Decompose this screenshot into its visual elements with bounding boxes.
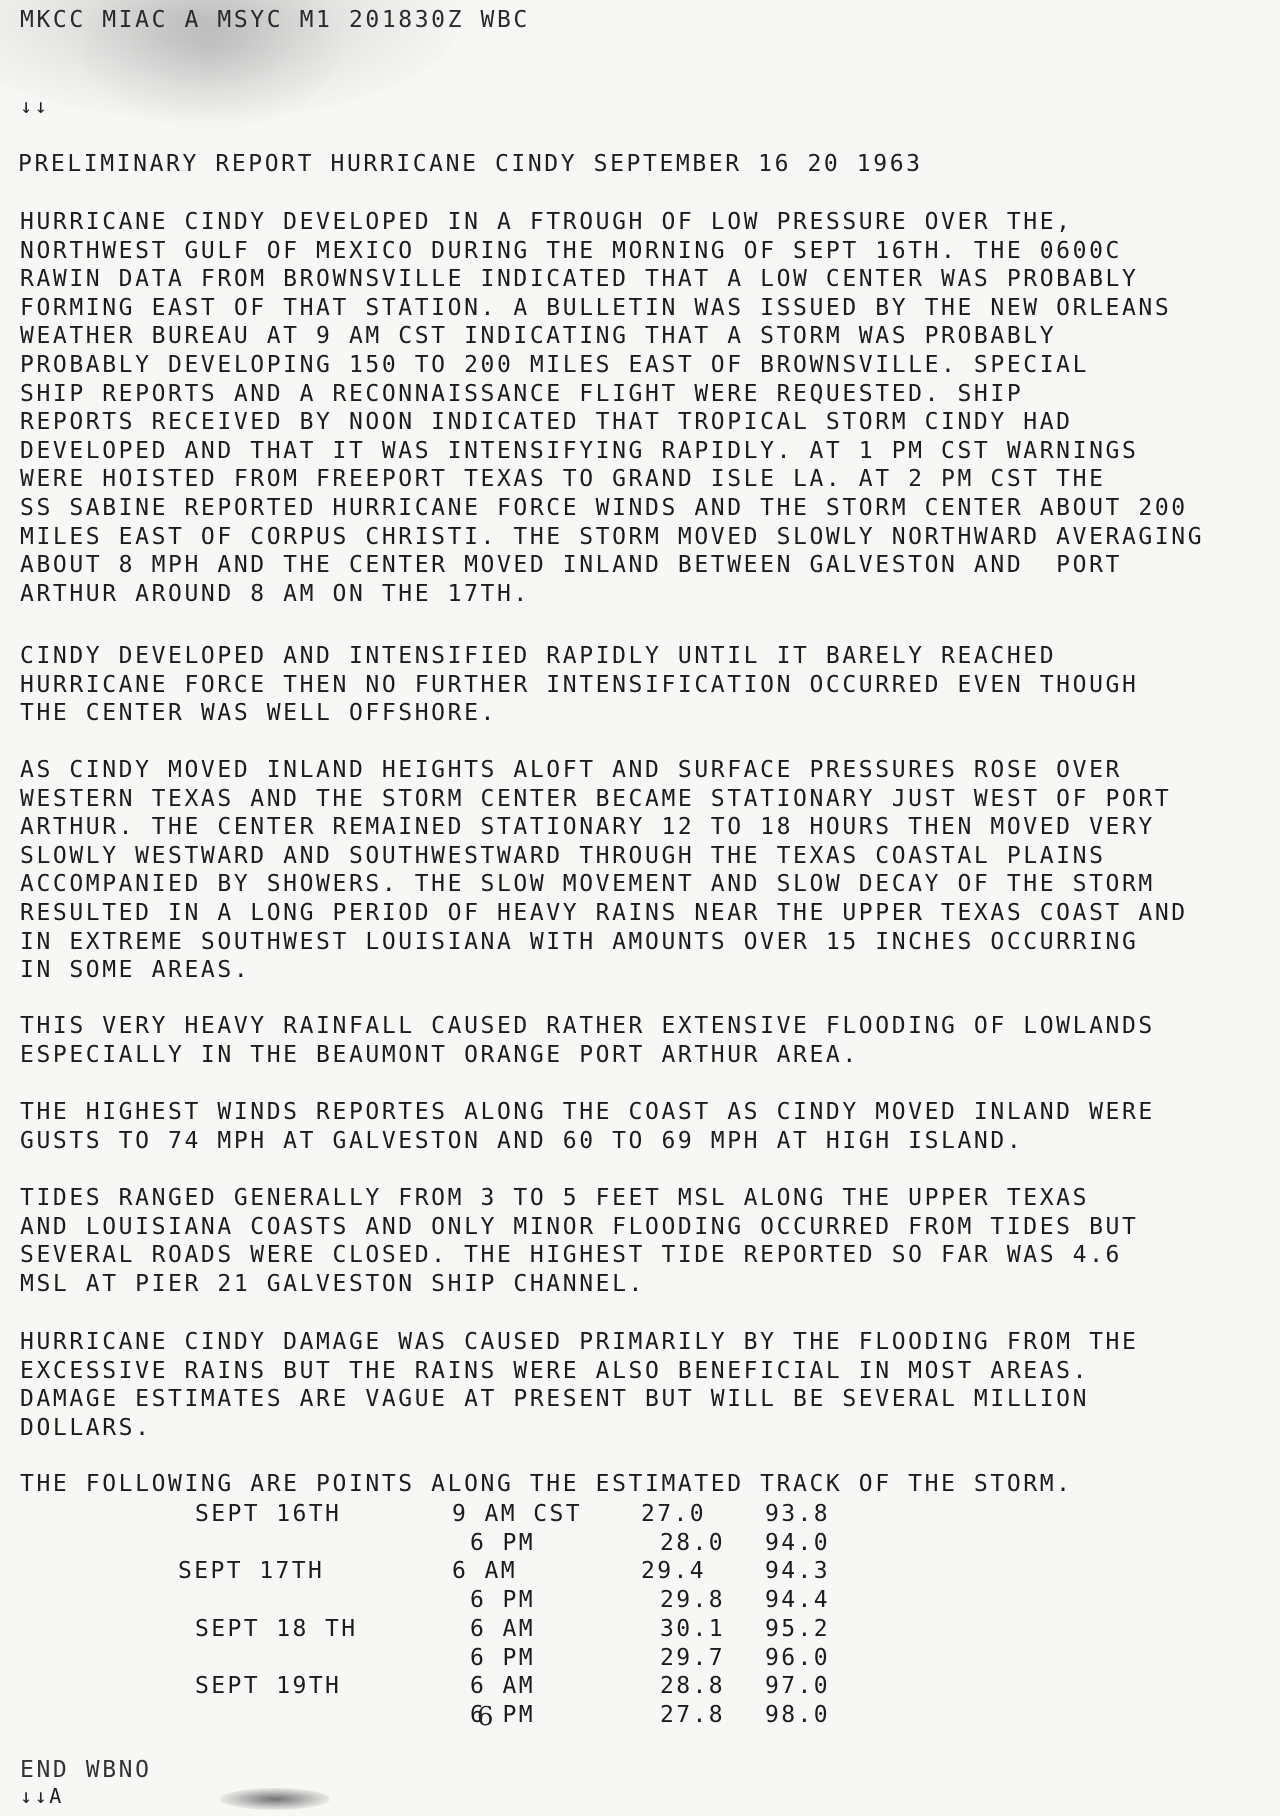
track-date: SEPT 16TH (195, 1500, 341, 1528)
paragraph-line: AS CINDY MOVED INLAND HEIGHTS ALOFT AND … (20, 756, 1188, 785)
paragraph: THIS VERY HEAVY RAINFALL CAUSED RATHER E… (20, 1012, 1155, 1069)
paragraph-line: WESTERN TEXAS AND THE STORM CENTER BECAM… (20, 785, 1188, 814)
track-time: 6 PM (470, 1586, 535, 1614)
paragraph-line: THE CENTER WAS WELL OFFSHORE. (20, 699, 1138, 728)
paragraph: CINDY DEVELOPED AND INTENSIFIED RAPIDLY … (20, 642, 1138, 728)
track-latitude: 27.0 (641, 1500, 706, 1528)
paragraph-line: HURRICANE CINDY DAMAGE WAS CAUSED PRIMAR… (20, 1328, 1138, 1357)
paragraph-line: RESULTED IN A LONG PERIOD OF HEAVY RAINS… (20, 899, 1188, 928)
track-longitude: 98.0 (765, 1701, 830, 1729)
paragraph: AS CINDY MOVED INLAND HEIGHTS ALOFT AND … (20, 756, 1188, 985)
track-date: SEPT 17TH (178, 1557, 324, 1585)
track-time: 6 AM (470, 1615, 535, 1643)
paragraph: THE FOLLOWING ARE POINTS ALONG THE ESTIM… (20, 1470, 1073, 1499)
paragraph-line: GUSTS TO 74 MPH AT GALVESTON AND 60 TO 6… (20, 1127, 1155, 1156)
paragraph-line: THE FOLLOWING ARE POINTS ALONG THE ESTIM… (20, 1470, 1073, 1499)
track-time: 6 PM (470, 1644, 535, 1672)
track-longitude: 94.4 (765, 1586, 830, 1614)
teletype-page: MKCC MIAC A MSYC M1 201830Z WBC ↓↓ PRELI… (0, 0, 1280, 1816)
paragraph-line: DAMAGE ESTIMATES ARE VAGUE AT PRESENT BU… (20, 1385, 1138, 1414)
handwritten-page-mark: 6 (477, 1702, 494, 1732)
track-longitude: 97.0 (765, 1672, 830, 1700)
paragraph-line: SS SABINE REPORTED HURRICANE FORCE WINDS… (20, 494, 1204, 523)
paragraph-line: ARTHUR AROUND 8 AM ON THE 17TH. (20, 580, 1204, 609)
paragraph: TIDES RANGED GENERALLY FROM 3 TO 5 FEET … (20, 1184, 1138, 1298)
paragraph-line: THE HIGHEST WINDS REPORTES ALONG THE COA… (20, 1098, 1155, 1127)
paragraph-line: THIS VERY HEAVY RAINFALL CAUSED RATHER E… (20, 1012, 1155, 1041)
track-date: SEPT 18 TH (195, 1615, 357, 1643)
paragraph-line: MILES EAST OF CORPUS CHRISTI. THE STORM … (20, 523, 1204, 552)
track-time: 6 AM (470, 1672, 535, 1700)
track-latitude: 29.7 (660, 1644, 725, 1672)
track-longitude: 94.0 (765, 1529, 830, 1557)
paragraph-line: TIDES RANGED GENERALLY FROM 3 TO 5 FEET … (20, 1184, 1138, 1213)
paragraph-line: SLOWLY WESTWARD AND SOUTHWESTWARD THROUG… (20, 842, 1188, 871)
track-latitude: 29.4 (641, 1557, 706, 1585)
track-longitude: 93.8 (765, 1500, 830, 1528)
paragraph-line: REPORTS RECEIVED BY NOON INDICATED THAT … (20, 408, 1204, 437)
paragraph-line: ACCOMPANIED BY SHOWERS. THE SLOW MOVEMEN… (20, 870, 1188, 899)
track-latitude: 29.8 (660, 1586, 725, 1614)
end-line: END WBNO (20, 1756, 152, 1784)
paragraph-line: ARTHUR. THE CENTER REMAINED STATIONARY 1… (20, 813, 1188, 842)
paragraph-line: PROBABLY DEVELOPING 150 TO 200 MILES EAS… (20, 351, 1204, 380)
paragraph-line: SEVERAL ROADS WERE CLOSED. THE HIGHEST T… (20, 1241, 1138, 1270)
start-marker: ↓↓ (20, 92, 49, 120)
track-date: SEPT 19TH (195, 1672, 341, 1700)
track-longitude: 94.3 (765, 1557, 830, 1585)
track-time: 9 AM CST (452, 1500, 582, 1528)
paragraph-line: WEATHER BUREAU AT 9 AM CST INDICATING TH… (20, 322, 1204, 351)
paragraph-line: ABOUT 8 MPH AND THE CENTER MOVED INLAND … (20, 551, 1204, 580)
paragraph-line: WERE HOISTED FROM FREEPORT TEXAS TO GRAN… (20, 465, 1204, 494)
paragraph-line: DOLLARS. (20, 1414, 1138, 1443)
track-latitude: 30.1 (660, 1615, 725, 1643)
paragraph-line: NORTHWEST GULF OF MEXICO DURING THE MORN… (20, 237, 1204, 266)
track-latitude: 27.8 (660, 1701, 725, 1729)
transmission-header: MKCC MIAC A MSYC M1 201830Z WBC (20, 6, 530, 34)
paragraph: THE HIGHEST WINDS REPORTES ALONG THE COA… (20, 1098, 1155, 1155)
track-time: 6 PM (470, 1529, 535, 1557)
paragraph-line: MSL AT PIER 21 GALVESTON SHIP CHANNEL. (20, 1270, 1138, 1299)
paragraph-line: DEVELOPED AND THAT IT WAS INTENSIFYING R… (20, 437, 1204, 466)
paragraph: HURRICANE CINDY DAMAGE WAS CAUSED PRIMAR… (20, 1328, 1138, 1442)
paragraph-line: FORMING EAST OF THAT STATION. A BULLETIN… (20, 294, 1204, 323)
track-longitude: 96.0 (765, 1644, 830, 1672)
track-latitude: 28.8 (660, 1672, 725, 1700)
paragraph-line: IN EXTREME SOUTHWEST LOUISIANA WITH AMOU… (20, 928, 1188, 957)
report-title: PRELIMINARY REPORT HURRICANE CINDY SEPTE… (18, 150, 923, 178)
paragraph-line: HURRICANE CINDY DEVELOPED IN A FTROUGH O… (20, 208, 1204, 237)
end-marker: ↓↓A (20, 1782, 64, 1810)
track-latitude: 28.0 (660, 1529, 725, 1557)
paragraph-line: HURRICANE FORCE THEN NO FURTHER INTENSIF… (20, 671, 1138, 700)
paragraph-line: RAWIN DATA FROM BROWNSVILLE INDICATED TH… (20, 265, 1204, 294)
paragraph-line: SHIP REPORTS AND A RECONNAISSANCE FLIGHT… (20, 380, 1204, 409)
toner-smudge (220, 1788, 330, 1810)
paragraph-line: AND LOUISIANA COASTS AND ONLY MINOR FLOO… (20, 1213, 1138, 1242)
track-time: 6 AM (452, 1557, 517, 1585)
track-longitude: 95.2 (765, 1615, 830, 1643)
paragraph-line: IN SOME AREAS. (20, 956, 1188, 985)
paragraph-line: CINDY DEVELOPED AND INTENSIFIED RAPIDLY … (20, 642, 1138, 671)
paragraph-line: EXCESSIVE RAINS BUT THE RAINS WERE ALSO … (20, 1357, 1138, 1386)
paragraph-line: ESPECIALLY IN THE BEAUMONT ORANGE PORT A… (20, 1041, 1155, 1070)
paragraph: HURRICANE CINDY DEVELOPED IN A FTROUGH O… (20, 208, 1204, 608)
